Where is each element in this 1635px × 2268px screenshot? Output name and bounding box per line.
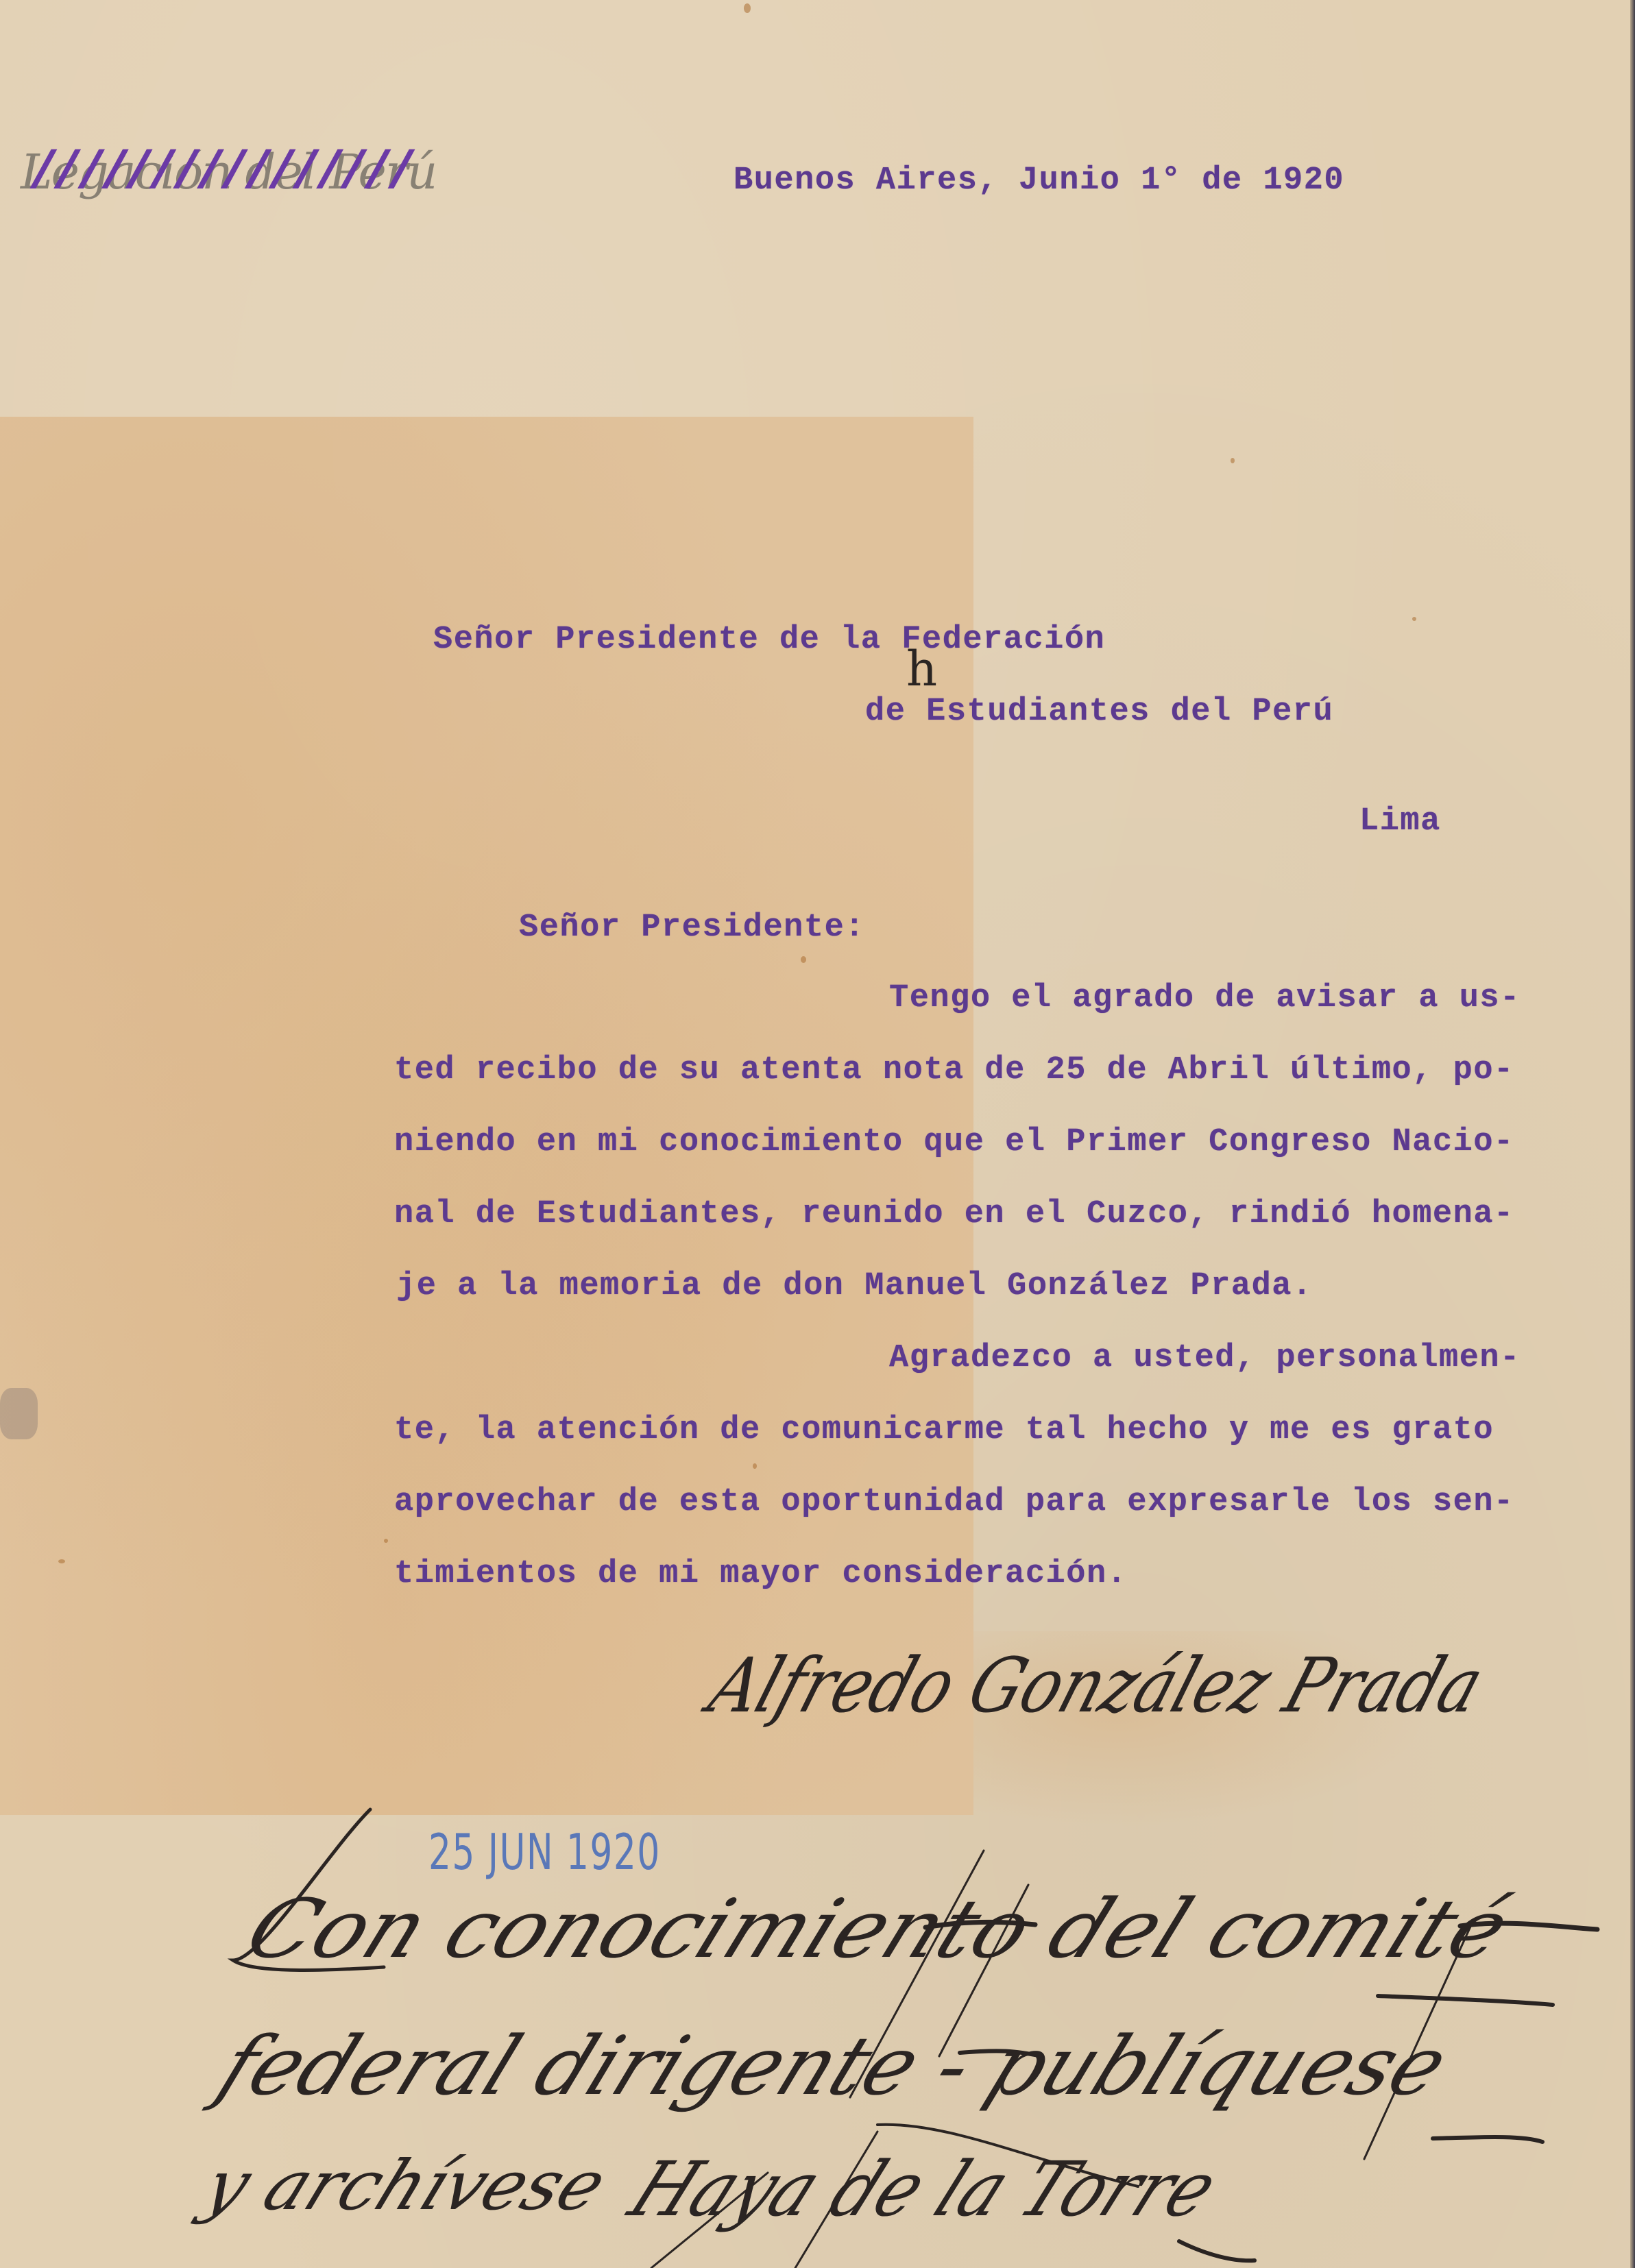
speck: [1231, 458, 1235, 463]
body-p1-line-4: nal de Estudiantes, reunido en el Cuzco,…: [394, 1198, 1514, 1230]
letterhead-strike-marks: ////////////////: [27, 144, 409, 204]
dateline: Buenos Aires, Junio 1° de 1920: [734, 164, 1344, 197]
smudge-mark: [0, 1388, 38, 1439]
handwritten-note-line-3: y archívese: [192, 2145, 618, 2226]
addressee-city: Lima: [1359, 805, 1441, 838]
speck: [801, 956, 806, 963]
body-p2-line-3: aprovechar de esta oportunidad para expr…: [394, 1486, 1514, 1518]
body-p1-line-3: niendo en mi conocimiento que el Primer …: [394, 1126, 1514, 1158]
salutation: Señor Presidente:: [519, 912, 865, 944]
paper-edge: [1630, 0, 1635, 2268]
letterhead: Legación del Perú ////////////////: [21, 137, 446, 219]
received-date-stamp: 25 JUN 1920: [428, 1823, 661, 1881]
sender-signature: Alfredo González Prada: [699, 1642, 1494, 1729]
handwritten-correction: h: [906, 641, 937, 697]
body-p2-line-2: te, la atención de comunicarme tal hecho…: [394, 1414, 1494, 1446]
speck: [58, 1559, 65, 1563]
body-p1-line-2: ted recibo de su atenta nota de 25 de Ab…: [394, 1054, 1514, 1086]
handwritten-note-line-1: Con conocimiento del comité: [233, 1881, 1523, 1976]
body-p2-line-4: timientos de mi mayor consideración.: [394, 1558, 1127, 1590]
letter-paper: Legación del Perú //////////////// Bueno…: [0, 0, 1630, 2268]
body-p1-line-5: je a la memoria de don Manuel González P…: [396, 1270, 1313, 1302]
body-p2-line-1: Agradezco a usted, personalmen-: [889, 1342, 1521, 1374]
addressee-line-2: de Estudiantes del Perú: [865, 696, 1333, 728]
speck: [744, 3, 751, 13]
addressee-line-1: Señor Presidente de la Federación: [433, 624, 1105, 656]
speck: [753, 1463, 757, 1469]
handwritten-note-signature: Haya de la Torre: [617, 2145, 1231, 2233]
handwritten-note-line-2: federal dirigente - publíquese: [206, 2019, 1462, 2113]
speck: [1412, 617, 1416, 621]
speck: [384, 1539, 388, 1543]
body-p1-line-1: Tengo el agrado de avisar a us-: [889, 982, 1521, 1014]
